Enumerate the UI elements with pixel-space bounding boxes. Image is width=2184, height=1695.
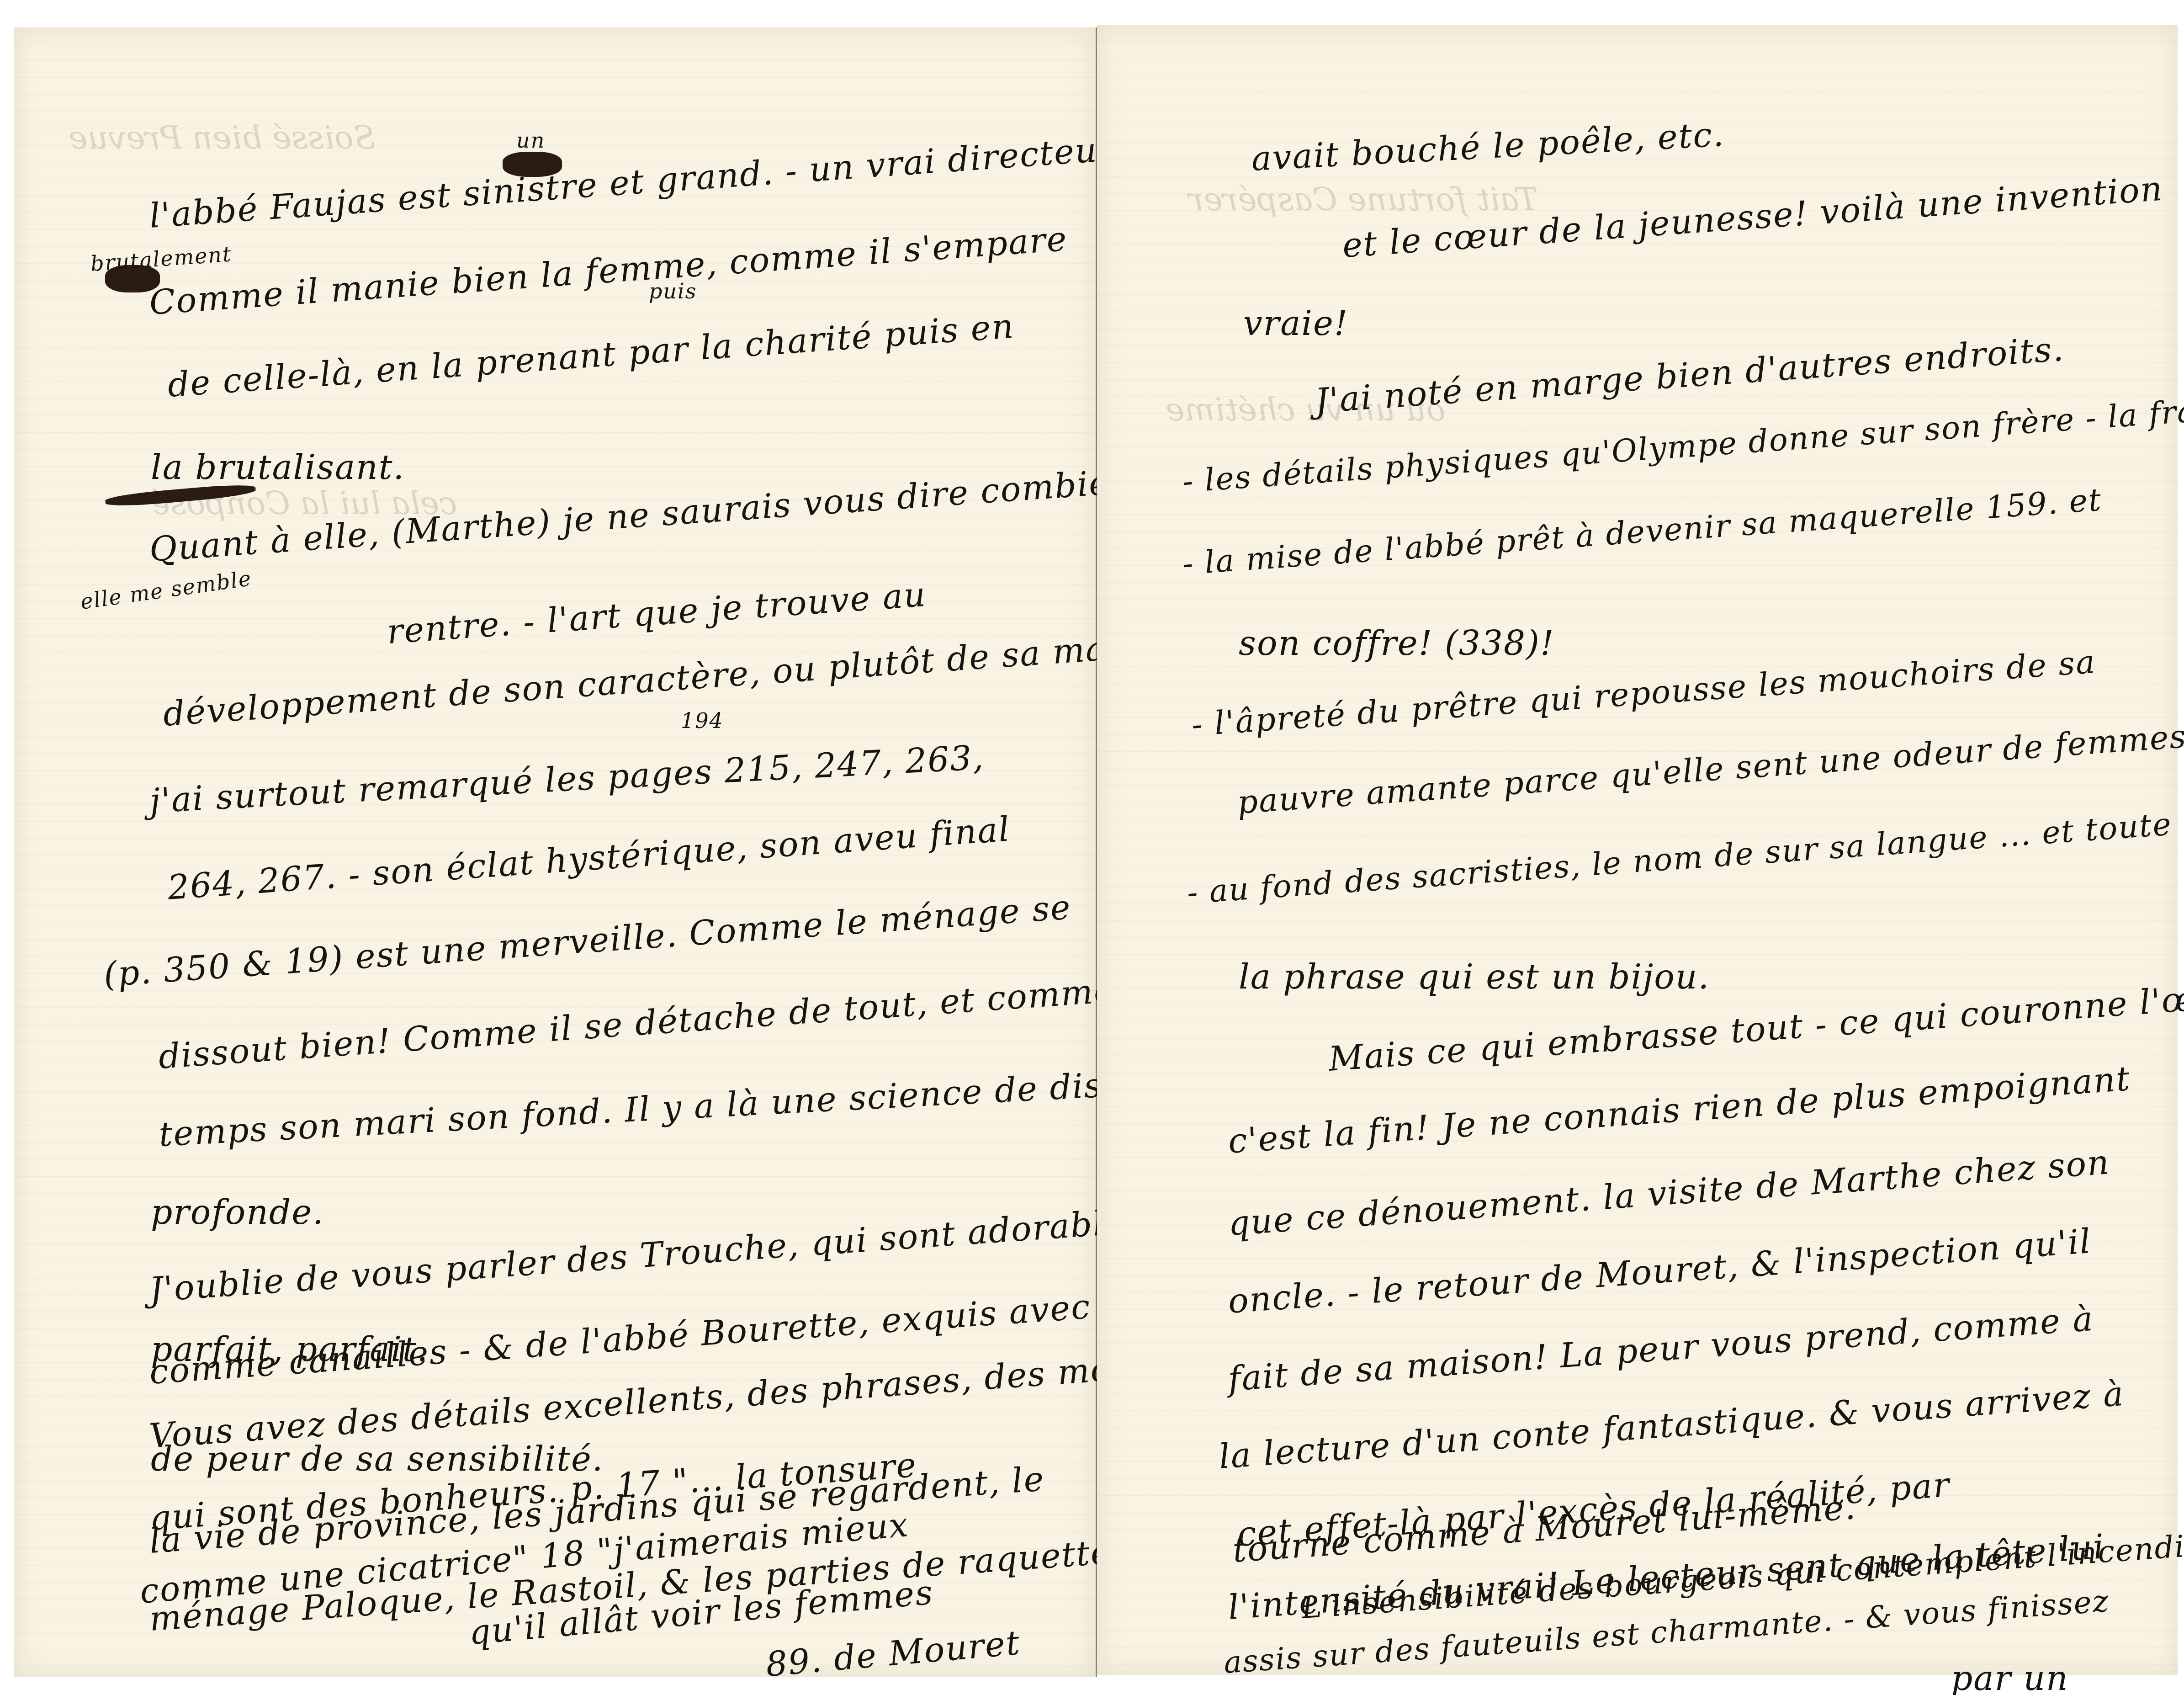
text-line: développement de son caractère, ou plutô… [162,622,1196,734]
signature-note: 89. de Mouret [764,1623,1022,1684]
text-line: avait bouché le poêle, etc. [1250,115,1725,179]
left-page-lower: parfait, parfait. Vous avez des détails … [14,1280,1096,1677]
bleed-through-text: Tait fortune Caspérer [1188,181,1538,218]
marginal-note: elle me semble [79,566,253,614]
text-line: son coffre! (338)! [1239,624,1555,663]
right-page: Tait fortune Caspérer ou un vu chétime a… [1097,25,2178,1675]
text-line: la brutalisant. [151,448,405,487]
text-line: rentre. - l'art que je trouve au [386,575,928,652]
text-line: fait de sa maison! La peur vous prend, c… [1227,1299,2095,1399]
marginal-note: brutalement [90,242,233,276]
text-line: dissout bien! Comme il se détache de tou… [157,971,1116,1077]
text-line: vraie! [1243,304,1349,343]
text-line: temps son mari son fond. Il y a là une s… [158,1058,1247,1154]
text-line: (p. 350 & 19) est une merveille. Comme l… [102,887,1072,994]
right-page-footer-lines: tourne comme à Mouret lui-même. L'insens… [1097,1453,2178,1677]
text-line: parfait, parfait. [151,1330,429,1369]
text-line: Comme il manie bien la femme, comme il s… [148,219,1069,323]
bleed-through-text: Soissé bien Prevue [69,119,376,156]
marginal-note: puis [649,279,697,303]
list-item: - au fond des sacristies, le nom de sur … [1186,807,2173,911]
text-line: j'ai surtout remarqué les pages 215, 247… [148,738,985,821]
text-line: J'ai noté en marge bien d'autres endroit… [1314,329,2065,421]
text-line: pauvre amante parce qu'elle sent une ode… [1236,717,2184,821]
text-line: que ce dénouement. la visite de Marthe c… [1227,1142,2111,1243]
text-line: 264, 267. - son éclat hystérique, son av… [166,809,1012,908]
text-line: profonde. [151,1193,324,1232]
text-line: oncle. - le retour de Mouret, & l'inspec… [1227,1222,2093,1321]
text-line: par un [1951,1659,2069,1695]
marginal-note: 194 [681,708,724,733]
text-line: de celle-là, en la prenant par la charit… [166,307,1016,405]
list-item: - la mise de l'abbé prêt à devenir sa ma… [1181,482,2103,582]
text-line: la phrase qui est un bijou. [1239,957,1710,997]
marginal-note: un [516,128,545,153]
